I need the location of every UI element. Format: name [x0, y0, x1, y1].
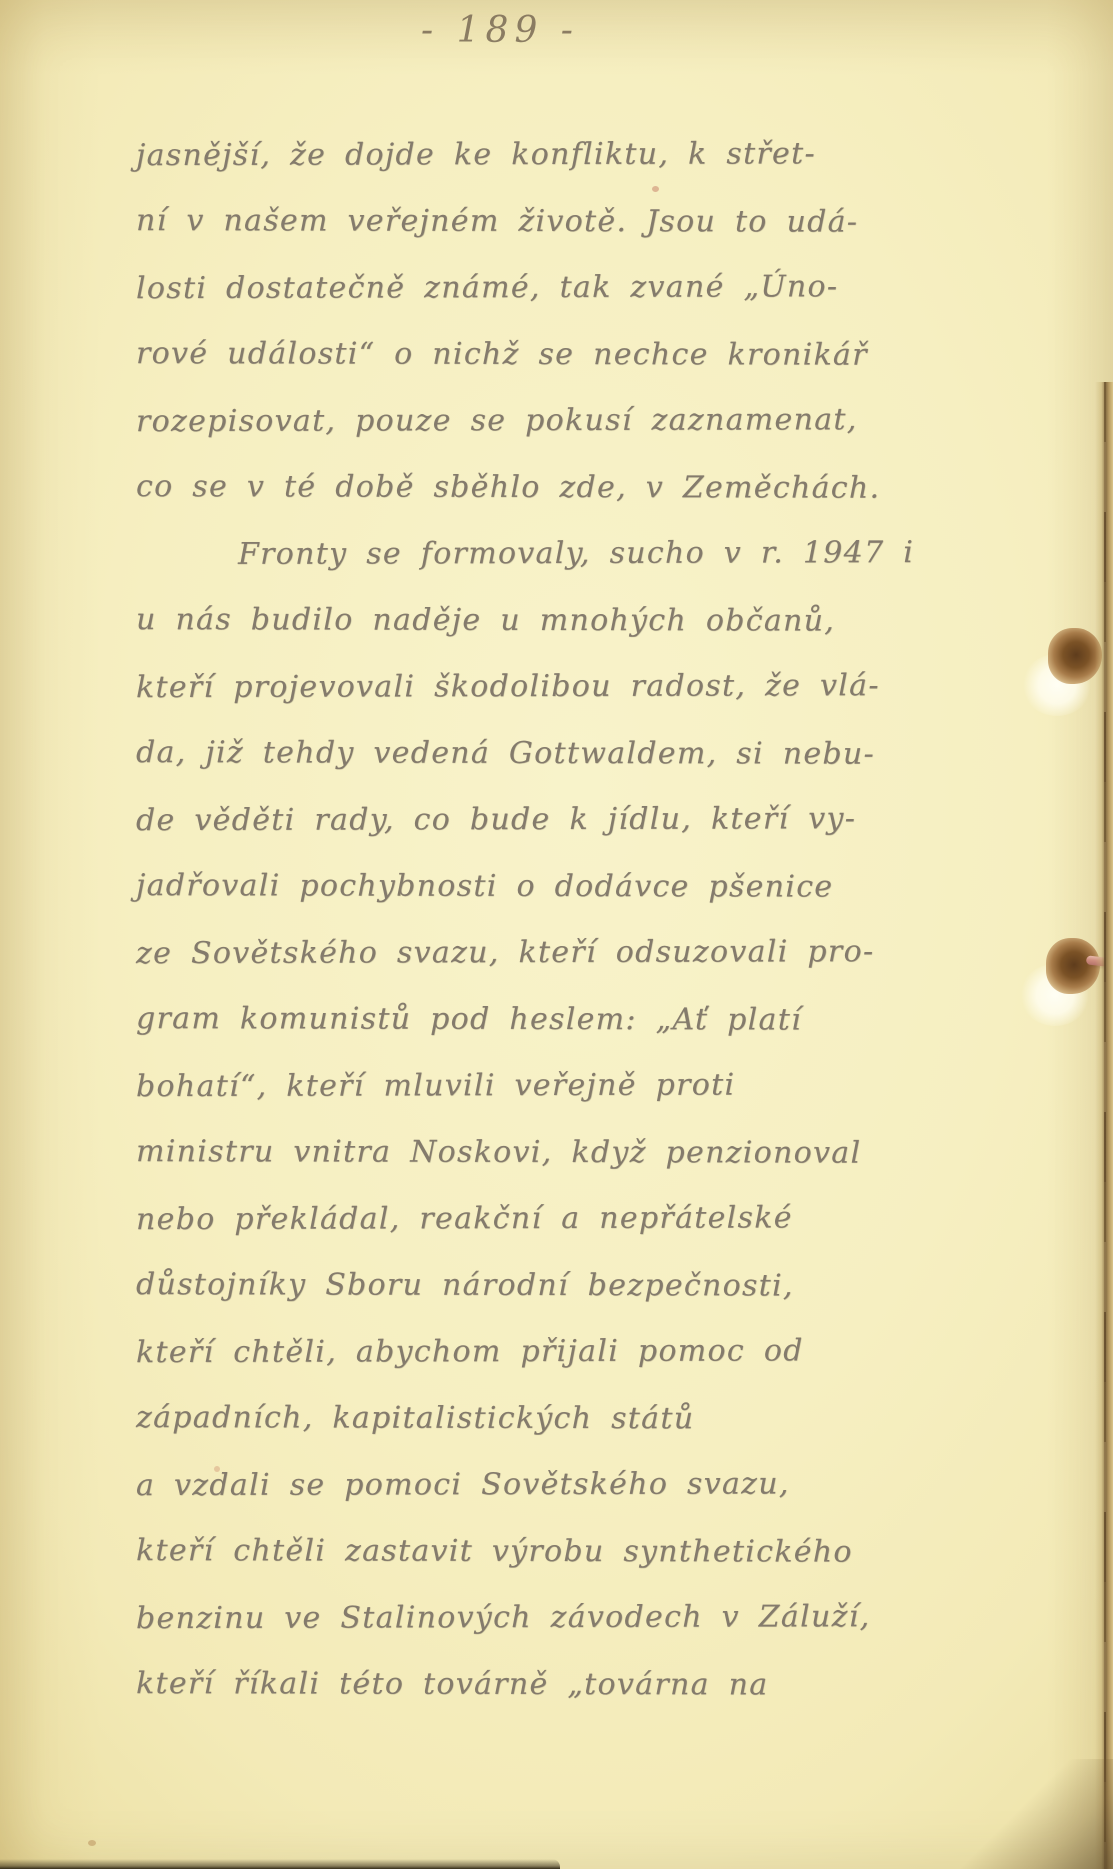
bottom-edge-shadow — [0, 1859, 560, 1869]
handwritten-line: jadřovali pochybnosti o dodávce pšenice — [136, 853, 986, 921]
handwritten-line: gram komunistů pod heslem: „Ať platí — [136, 986, 986, 1054]
handwritten-line: ní v našem veřejném životě. Jsou to udá- — [136, 188, 986, 256]
handwritten-line: rové události“ o nichž se nechce kroniká… — [136, 321, 986, 389]
handwritten-line: bohatí“, kteří mluvili veřejně proti — [136, 1052, 986, 1121]
next-page-edge-line — [1104, 382, 1106, 1869]
hole-blotch — [1048, 628, 1102, 684]
handwritten-line: kteří projevovali škodolibou radost, že … — [136, 653, 986, 722]
handwritten-line: benzinu ve Stalinových závodech v Záluží… — [136, 1584, 986, 1653]
hole-light-glow — [1022, 654, 1092, 716]
handwritten-line: rozepisovat, pouze se pokusí zaznamenat, — [136, 387, 986, 456]
hole-blotch — [1046, 938, 1100, 994]
handwritten-line: de věděti rady, co bude k jídlu, kteří v… — [136, 786, 986, 855]
handwritten-line: losti dostatečně známé, tak zvané „Úno- — [136, 254, 986, 323]
bottom-corner-shadow — [943, 1759, 1113, 1869]
handwritten-line: u nás budilo naděje u mnohých občanů, — [136, 587, 986, 655]
handwritten-line: co se v té době sběhlo zde, v Zeměchách. — [136, 454, 986, 522]
handwritten-line: kteří říkali této továrně „továrna na — [136, 1651, 986, 1719]
handwritten-line: a vzdali se pomoci Sovětského svazu, — [136, 1451, 986, 1520]
handwritten-line: nebo překládal, reakční a nepřátelské — [136, 1185, 986, 1254]
handwritten-line-paragraph-start: Fronty se formovaly, sucho v r. 1947 i — [136, 520, 986, 589]
foxing-speck — [88, 1840, 96, 1846]
handwritten-line: západních, kapitalistických států — [136, 1385, 986, 1453]
chronicle-scanned-page: - 189 - jasnější, že dojde ke konfliktu,… — [0, 0, 1113, 1869]
handwritten-line: kteří chtěli, abychom přijali pomoc od — [136, 1318, 986, 1387]
handwritten-line: jasnější, že dojde ke konfliktu, k střet… — [136, 121, 986, 190]
handwritten-line: důstojníky Sboru národní bezpečnosti, — [136, 1252, 986, 1320]
handwritten-line: ministru vnitra Noskovi, když penzionova… — [136, 1119, 986, 1187]
handwritten-text-block: jasnější, že dojde ke konfliktu, k střet… — [136, 122, 986, 1718]
next-page-edge — [1095, 382, 1113, 1869]
page-number: - 189 - — [0, 10, 1000, 51]
handwritten-line: da, již tehdy vedená Gottwaldem, si nebu… — [136, 720, 986, 788]
handwritten-line: kteří chtěli zastavit výrobu synthetické… — [136, 1518, 986, 1586]
handwritten-line: ze Sovětského svazu, kteří odsuzovali pr… — [136, 919, 986, 988]
hole-light-glow — [1020, 964, 1090, 1026]
